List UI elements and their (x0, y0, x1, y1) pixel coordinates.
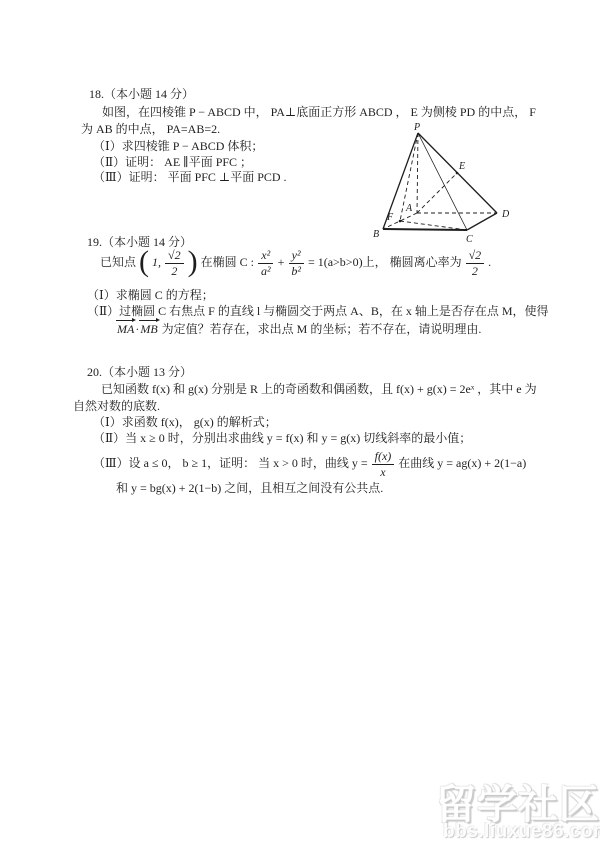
plus-sign: + (278, 255, 285, 271)
item-3-pre: （Ⅲ）设 a ≤ 0， b ≥ 1，证明： 当 x > 0 时，曲线 y = (93, 456, 368, 472)
problem-18-item-3: （Ⅲ）证明： 平面 PFC ⊥平面 PCD . (93, 170, 287, 186)
edge-PA-dashed (417, 133, 418, 213)
edge-PC (418, 133, 467, 230)
problem-19-item-1: （Ⅰ）求椭圆 C 的方程； (87, 288, 214, 304)
formula-mid: 在椭圆 C : (201, 255, 254, 271)
fraction-sqrt2-over-2: √2 2 (165, 249, 184, 277)
problem-18-line2: 为 AB 的中点， PA=AB=2. (81, 122, 220, 138)
left-paren: ( (139, 247, 149, 277)
edge-BC (383, 229, 467, 230)
right-paren: ) (188, 247, 198, 277)
problem-20-header: 20.（本小题 13 分） (87, 365, 192, 381)
edge-CD (467, 213, 497, 230)
problem-20-item-2: （Ⅱ）当 x ≥ 0 时，分别出求曲线 y = f(x) 和 y = g(x) … (93, 431, 471, 447)
label-A: A (405, 203, 413, 214)
fraction-fx-over-x: f(x) x (372, 450, 395, 478)
formula-period: . (488, 255, 491, 271)
problem-20-item-1: （Ⅰ）求函数 f(x)， g(x) 的解析式； (93, 415, 277, 431)
fraction-eccentricity: √2 2 (466, 249, 485, 277)
watermark-site-url: bbs.liuxue86.com (443, 820, 600, 845)
item-2-cont-text: 为定值？若存在，求出点 M 的坐标；若不存在，请说明理由. (162, 322, 482, 336)
problem-20-item-3-cont: 和 y = bg(x) + 2(1−b) 之间，且相互之间没有公共点. (116, 481, 383, 497)
problem-20-item-3: （Ⅲ）设 a ≤ 0， b ≥ 1，证明： 当 x > 0 时，曲线 y = f… (93, 449, 526, 479)
problem-19-given-formula: 已知点 ( 1, √2 2 ) 在椭圆 C : x² a² + y² b² = … (100, 246, 491, 280)
point-E (456, 172, 459, 175)
fraction-x2-over-a2: x² a² (258, 249, 274, 277)
problem-19-item-2-cont: MA·MB 为定值？若存在，求出点 M 的坐标；若不存在，请说明理由. (116, 318, 481, 338)
label-D: D (501, 209, 510, 220)
item-3-post: 在曲线 y = ag(x) + 2(1−a) (398, 456, 526, 472)
problem-18-item-2: （Ⅱ）证明： AE ∥平面 PFC ； (93, 155, 252, 171)
exam-page: 18.（本小题 14 分） 如图，在四棱锥 P − ABCD 中， PA⊥底面正… (0, 0, 600, 848)
problem-20-line2: 自然对数的底数. (73, 399, 160, 415)
vector-MA: MA (116, 322, 135, 338)
formula-prefix: 已知点 (100, 255, 136, 271)
problem-20-line1: 已知函数 f(x) 和 g(x) 分别是 R 上的奇函数和偶函数，且 f(x) … (101, 382, 537, 398)
vector-MB: MB (139, 322, 158, 338)
problem-18-line1: 如图，在四棱锥 P − ABCD 中， PA⊥底面正方形 ABCD ， E 为侧… (102, 105, 536, 121)
fraction-y2-over-b2: y² b² (288, 249, 304, 277)
point-x-coordinate: 1, (152, 255, 161, 271)
label-P: P (413, 122, 420, 133)
problem-18-item-1: （Ⅰ）求四棱锥 P − ABCD 体积； (93, 139, 263, 155)
edge-AE-dashed (417, 173, 457, 213)
point-F (399, 220, 402, 223)
pyramid-figure: P E A F B C D (358, 120, 528, 250)
label-F: F (386, 212, 394, 223)
label-C: C (466, 234, 473, 245)
formula-tail: = 1(a>b>0)上， 椭圆离心率为 (308, 255, 462, 271)
label-E: E (458, 161, 465, 172)
problem-18-header: 18.（本小题 14 分） (89, 87, 194, 103)
label-B: B (373, 229, 379, 240)
